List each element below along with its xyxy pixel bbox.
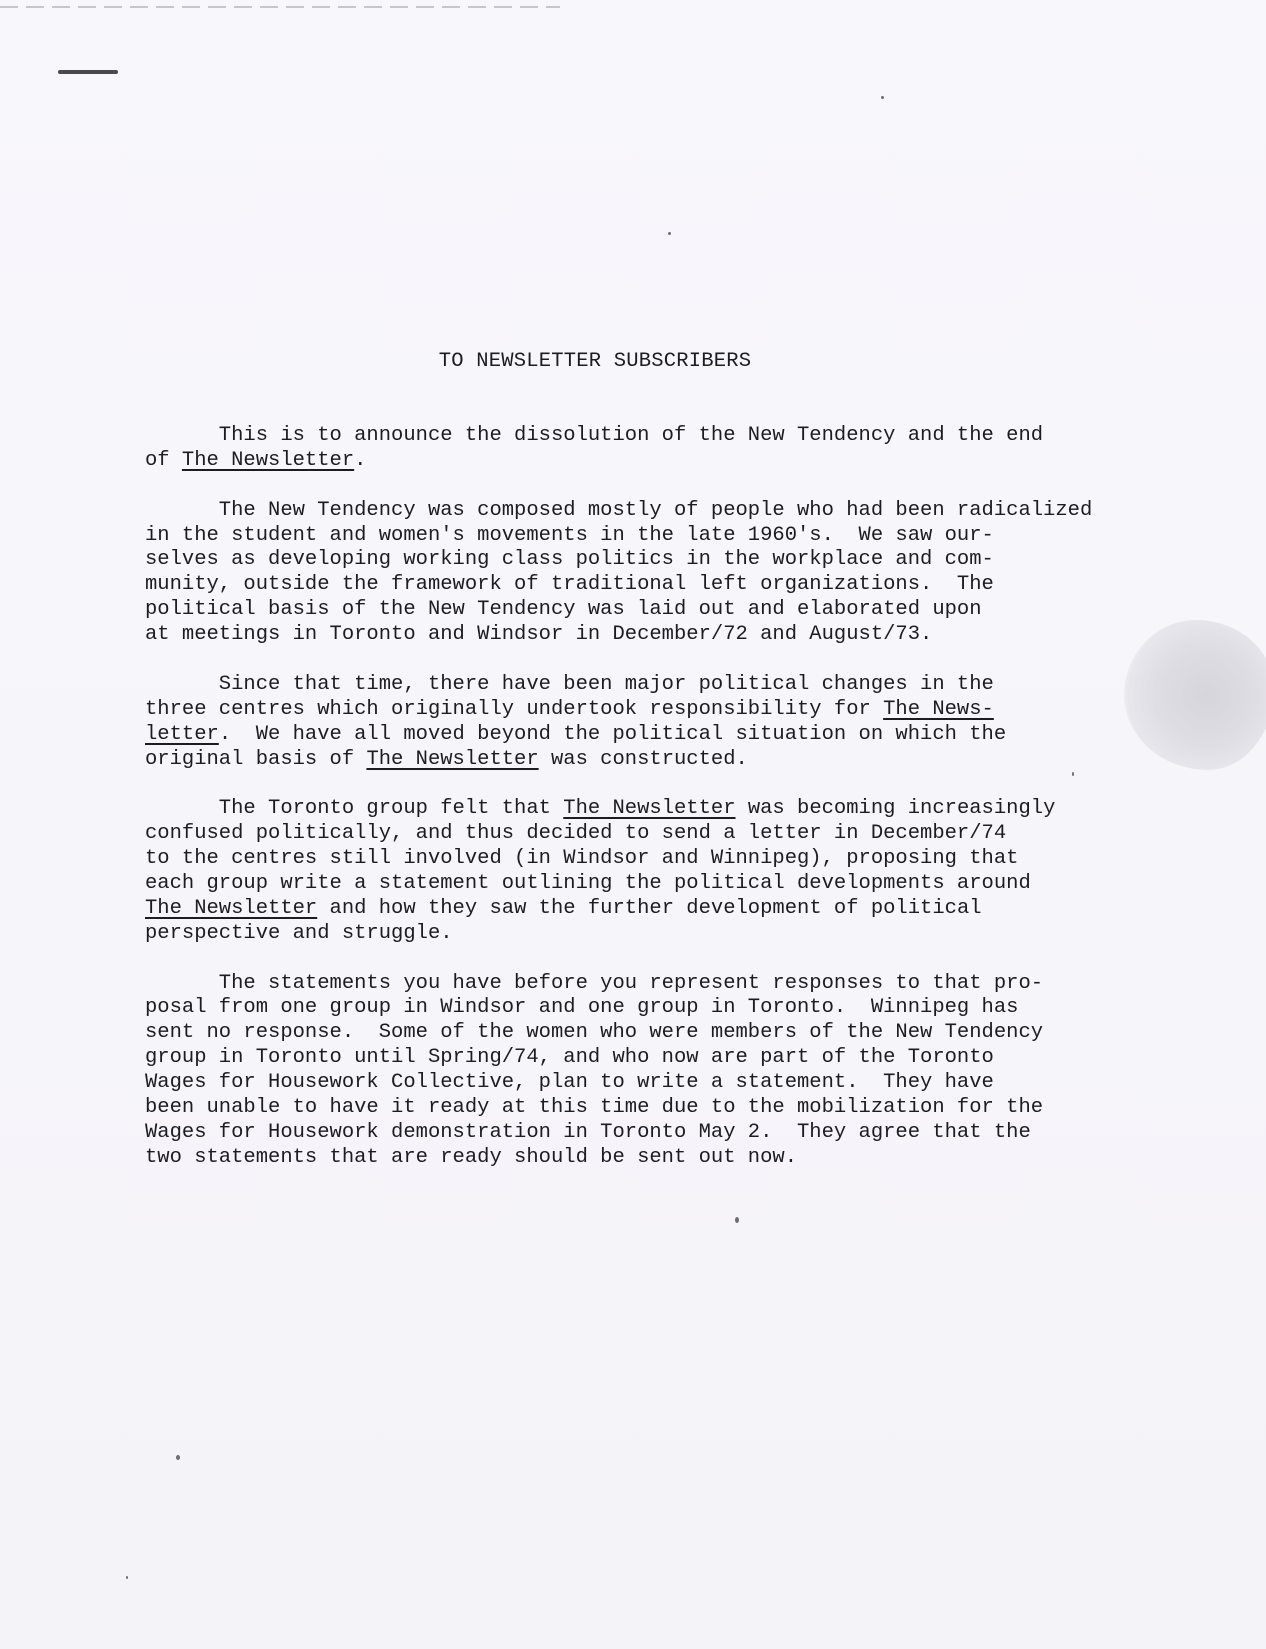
text-line: selves as developing working class polit… <box>145 548 1145 573</box>
text-run: to the centres still involved (in Windso… <box>145 847 1018 870</box>
text-run: two statements that are ready should be … <box>145 1146 797 1169</box>
paragraph: This is to announce the dissolution of t… <box>145 424 1145 474</box>
text-run: group in Toronto until Spring/74, and wh… <box>145 1046 994 1069</box>
text-line: confused politically, and thus decided t… <box>145 822 1145 847</box>
text-line: letter. We have all moved beyond the pol… <box>145 723 1145 748</box>
text-line: at meetings in Toronto and Windsor in De… <box>145 623 1145 648</box>
text-run: at meetings in Toronto and Windsor in De… <box>145 623 932 646</box>
text-run: original basis of <box>145 748 366 771</box>
text-line: to the centres still involved (in Windso… <box>145 847 1145 872</box>
paragraph: The Toronto group felt that The Newslett… <box>145 797 1145 946</box>
text-line: Wages for Housework Collective, plan to … <box>145 1071 1145 1096</box>
text-line: been unable to have it ready at this tim… <box>145 1096 1145 1121</box>
document-page: TO NEWSLETTER SUBSCRIBERS This is to ann… <box>0 0 1266 1649</box>
text-run: This is to announce the dissolution of t… <box>145 424 1043 447</box>
text-run: munity, outside the framework of traditi… <box>145 573 994 596</box>
text-run: . We have all moved beyond the political… <box>219 723 1006 746</box>
text-line: each group write a statement outlining t… <box>145 872 1145 897</box>
paper-stain <box>1124 620 1266 770</box>
text-run: was becoming increasingly <box>736 797 1056 820</box>
text-run: of <box>145 449 182 472</box>
text-run: selves as developing working class polit… <box>145 548 994 571</box>
underlined-title: The Newsletter <box>182 449 354 472</box>
text-line: The Toronto group felt that The Newslett… <box>145 797 1145 822</box>
text-line: munity, outside the framework of traditi… <box>145 573 1145 598</box>
text-run: perspective and struggle. <box>145 922 453 945</box>
speck <box>668 232 671 235</box>
corner-ink-mark <box>58 70 118 74</box>
text-line: Since that time, there have been major p… <box>145 673 1145 698</box>
text-run: each group write a statement outlining t… <box>145 872 1031 895</box>
text-run: political basis of the New Tendency was … <box>145 598 982 621</box>
document-body: This is to announce the dissolution of t… <box>145 424 1145 1196</box>
text-run: Since that time, there have been major p… <box>145 673 994 696</box>
text-run: was constructed. <box>539 748 748 771</box>
text-run: The Toronto group felt that <box>145 797 563 820</box>
text-line: sent no response. Some of the women who … <box>145 1021 1145 1046</box>
text-run: confused politically, and thus decided t… <box>145 822 1006 845</box>
underlined-title: letter <box>145 723 219 746</box>
text-line: perspective and struggle. <box>145 922 1145 947</box>
underlined-title: The Newsletter <box>563 797 735 820</box>
document-title: TO NEWSLETTER SUBSCRIBERS <box>0 350 1190 373</box>
underlined-title: The Newsletter <box>145 897 317 920</box>
text-line: posal from one group in Windsor and one … <box>145 996 1145 1021</box>
text-line: The Newsletter and how they saw the furt… <box>145 897 1145 922</box>
text-run: The New Tendency was composed mostly of … <box>145 499 1092 522</box>
paragraph: The New Tendency was composed mostly of … <box>145 499 1145 648</box>
text-run: The statements you have before you repre… <box>145 972 1043 995</box>
text-line: original basis of The Newsletter was con… <box>145 748 1145 773</box>
text-line: group in Toronto until Spring/74, and wh… <box>145 1046 1145 1071</box>
text-run: three centres which originally undertook… <box>145 698 883 721</box>
paragraph: The statements you have before you repre… <box>145 972 1145 1171</box>
speck <box>881 96 884 99</box>
underlined-title: The News- <box>883 698 994 721</box>
text-line: two statements that are ready should be … <box>145 1146 1145 1171</box>
text-run: been unable to have it ready at this tim… <box>145 1096 1043 1119</box>
text-run: sent no response. Some of the women who … <box>145 1021 1043 1044</box>
text-line: Wages for Housework demonstration in Tor… <box>145 1121 1145 1146</box>
text-line: The statements you have before you repre… <box>145 972 1145 997</box>
text-run: in the student and women's movements in … <box>145 524 994 547</box>
text-run: Wages for Housework Collective, plan to … <box>145 1071 994 1094</box>
underlined-title: The Newsletter <box>366 748 538 771</box>
scan-edge-mark <box>0 6 560 8</box>
text-line: in the student and women's movements in … <box>145 524 1145 549</box>
text-line: three centres which originally undertook… <box>145 698 1145 723</box>
speck <box>735 1217 739 1223</box>
speck <box>126 1576 128 1579</box>
text-line: The New Tendency was composed mostly of … <box>145 499 1145 524</box>
text-run: . <box>354 449 366 472</box>
text-line: This is to announce the dissolution of t… <box>145 424 1145 449</box>
paragraph: Since that time, there have been major p… <box>145 673 1145 773</box>
text-line: political basis of the New Tendency was … <box>145 598 1145 623</box>
text-run: and how they saw the further development… <box>317 897 981 920</box>
text-run: Wages for Housework demonstration in Tor… <box>145 1121 1031 1144</box>
speck <box>176 1455 180 1460</box>
text-run: posal from one group in Windsor and one … <box>145 996 1018 1019</box>
text-line: of The Newsletter. <box>145 449 1145 474</box>
